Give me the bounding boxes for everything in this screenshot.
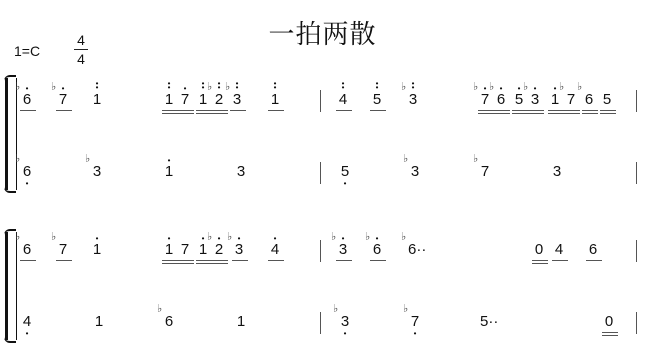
note: 1•• [270, 92, 280, 108]
note: 4 [554, 242, 564, 258]
note: 2•• [214, 92, 224, 108]
note: 3• [530, 92, 540, 108]
underline-beam [56, 260, 72, 261]
time-signature-top: 4 [74, 32, 88, 48]
octave-dot-above: •• [96, 82, 99, 90]
flat-icon: ♭ [51, 80, 56, 93]
underline-beam [212, 113, 228, 114]
underline-beam [232, 260, 248, 261]
underline-beam [548, 110, 564, 111]
flat-icon: ♭ [225, 80, 230, 93]
underline-beam [196, 113, 212, 114]
note: 7 [58, 242, 68, 258]
system-1-bracket [5, 78, 17, 190]
underline-beam [178, 110, 194, 111]
underline-beam [478, 113, 494, 114]
note: 3 [92, 164, 102, 180]
underline-beam [548, 113, 564, 114]
octave-dot-above: • [26, 87, 29, 91]
flat-icon: ♭ [401, 80, 406, 93]
note: 3 [410, 164, 420, 180]
note: 4• [270, 242, 280, 258]
octave-dot-above: • [554, 87, 557, 91]
note: 3• [234, 242, 244, 258]
barline [636, 240, 637, 262]
flat-icon: ♭ [577, 80, 582, 93]
note: 3• [338, 242, 348, 258]
note: 5 [602, 92, 612, 108]
note: 5•• [372, 92, 382, 108]
note: 6·· [408, 242, 426, 258]
flat-icon: ♭ [85, 152, 90, 165]
note: 1• [164, 242, 174, 258]
barline [636, 312, 637, 334]
flat-icon: ♭ [489, 80, 494, 93]
flat-icon: ♭ [227, 230, 232, 243]
underline-beam [20, 110, 36, 111]
note: 0 [604, 314, 614, 330]
note: 3• [340, 314, 350, 330]
song-title: 一拍两散 [0, 14, 645, 51]
octave-dot-above: • [202, 237, 205, 241]
octave-dot-above: • [484, 87, 487, 91]
octave-dot-above: • [518, 87, 521, 91]
note: 7• [480, 92, 490, 108]
underline-beam [162, 110, 178, 111]
underline-beam [162, 263, 178, 264]
time-signature: 4 4 [74, 32, 88, 67]
barline [320, 312, 321, 334]
time-signature-divider [74, 49, 88, 50]
flat-icon: ♭ [331, 230, 336, 243]
note: 1•• [198, 92, 208, 108]
flat-icon: ♭ [523, 80, 528, 93]
underline-beam [178, 260, 194, 261]
underline-beam [370, 260, 386, 261]
underline-beam [162, 113, 178, 114]
underline-beam [582, 113, 598, 114]
note: 6 [164, 314, 174, 330]
note: 3 [552, 164, 562, 180]
underline-beam [178, 113, 194, 114]
note: 4• [22, 314, 32, 330]
note: 5• [514, 92, 524, 108]
barline [320, 90, 321, 112]
octave-dot-below: • [26, 182, 29, 186]
underline-beam [600, 110, 616, 111]
octave-dot-above: •• [342, 82, 345, 90]
note: 3•• [232, 92, 242, 108]
octave-dot-above: •• [202, 82, 205, 90]
underline-beam [494, 113, 510, 114]
note: 1• [92, 242, 102, 258]
underline-beam [268, 110, 284, 111]
underline-beam [196, 260, 212, 261]
underline-beam [268, 260, 284, 261]
underline-beam [478, 110, 494, 111]
flat-icon: ♭ [401, 230, 406, 243]
octave-dot-above: •• [376, 82, 379, 90]
flat-icon: ♭ [403, 152, 408, 165]
underline-beam [162, 260, 178, 261]
octave-dot-above: • [376, 237, 379, 241]
underline-beam [532, 263, 548, 264]
note: 7• [410, 314, 420, 330]
note: 1•• [164, 92, 174, 108]
flat-icon: ♭ [473, 152, 478, 165]
note: 2• [214, 242, 224, 258]
flat-icon: ♭ [473, 80, 478, 93]
system-2-bracket [5, 232, 17, 340]
octave-dot-above: •• [236, 82, 239, 90]
underline-beam [512, 110, 528, 111]
note: 3 [236, 164, 246, 180]
flat-icon: ♭ [333, 302, 338, 315]
underline-beam [336, 110, 352, 111]
underline-beam [602, 335, 618, 336]
octave-dot-above: • [168, 159, 171, 163]
flat-icon: ♭ [157, 302, 162, 315]
note: 1• [550, 92, 560, 108]
note: 6• [22, 164, 32, 180]
underline-beam [212, 260, 228, 261]
octave-dot-above: • [62, 87, 65, 91]
octave-dot-above: • [184, 87, 187, 91]
flat-icon: ♭ [15, 80, 20, 93]
barline [320, 162, 321, 184]
underline-beam [230, 110, 246, 111]
barline [636, 162, 637, 184]
barline [636, 90, 637, 112]
octave-dot-above: •• [218, 82, 221, 90]
key-signature: 1=C [14, 43, 40, 59]
time-signature-bottom: 4 [74, 51, 88, 67]
note: 4•• [338, 92, 348, 108]
note: 6 [584, 92, 594, 108]
note: 3•• [408, 92, 418, 108]
flat-icon: ♭ [207, 230, 212, 243]
note: 6• [372, 242, 382, 258]
octave-dot-above: • [342, 237, 345, 241]
note: 1 [94, 314, 104, 330]
octave-dot-above: • [274, 237, 277, 241]
octave-dot-above: • [238, 237, 241, 241]
underline-beam [196, 263, 212, 264]
octave-dot-above: • [500, 87, 503, 91]
note: 1 [236, 314, 246, 330]
flat-icon: ♭ [51, 230, 56, 243]
underline-beam [56, 110, 72, 111]
note: 5·· [480, 314, 498, 330]
octave-dot-above: • [96, 237, 99, 241]
underline-beam [528, 113, 544, 114]
note: 7 [480, 164, 490, 180]
note: 6 [22, 242, 32, 258]
octave-dot-below: • [414, 332, 417, 336]
octave-dot-above: • [218, 237, 221, 241]
underline-beam [600, 113, 616, 114]
octave-dot-above: •• [412, 82, 415, 90]
octave-dot-below: • [344, 332, 347, 336]
note: 6• [496, 92, 506, 108]
note: 7 [566, 92, 576, 108]
underline-beam [582, 110, 598, 111]
octave-dot-above: • [168, 237, 171, 241]
note: 7• [180, 92, 190, 108]
octave-dot-below: • [26, 332, 29, 336]
barline [320, 240, 321, 262]
note: 1• [164, 164, 174, 180]
underline-beam [512, 113, 528, 114]
underline-beam [20, 260, 36, 261]
octave-dot-above: •• [168, 82, 171, 90]
octave-dot-above: •• [274, 82, 277, 90]
underline-beam [564, 110, 580, 111]
underline-beam [370, 110, 386, 111]
note: 1• [198, 242, 208, 258]
underline-beam [196, 110, 212, 111]
note: 6• [22, 92, 32, 108]
underline-beam [532, 260, 548, 261]
underline-beam [602, 332, 618, 333]
flat-icon: ♭ [15, 152, 20, 165]
underline-beam [564, 113, 580, 114]
note: 7• [58, 92, 68, 108]
flat-icon: ♭ [365, 230, 370, 243]
underline-beam [212, 110, 228, 111]
note: 0 [534, 242, 544, 258]
underline-beam [586, 260, 602, 261]
note: 5• [340, 164, 350, 180]
underline-beam [336, 260, 352, 261]
underline-beam [494, 110, 510, 111]
flat-icon: ♭ [403, 302, 408, 315]
underline-beam [178, 263, 194, 264]
underline-beam [528, 110, 544, 111]
flat-icon: ♭ [207, 80, 212, 93]
underline-beam [212, 263, 228, 264]
note: 6 [588, 242, 598, 258]
underline-beam [552, 260, 568, 261]
flat-icon: ♭ [559, 80, 564, 93]
note: 1•• [92, 92, 102, 108]
octave-dot-below: • [344, 182, 347, 186]
octave-dot-above: • [534, 87, 537, 91]
flat-icon: ♭ [15, 230, 20, 243]
note: 7 [180, 242, 190, 258]
